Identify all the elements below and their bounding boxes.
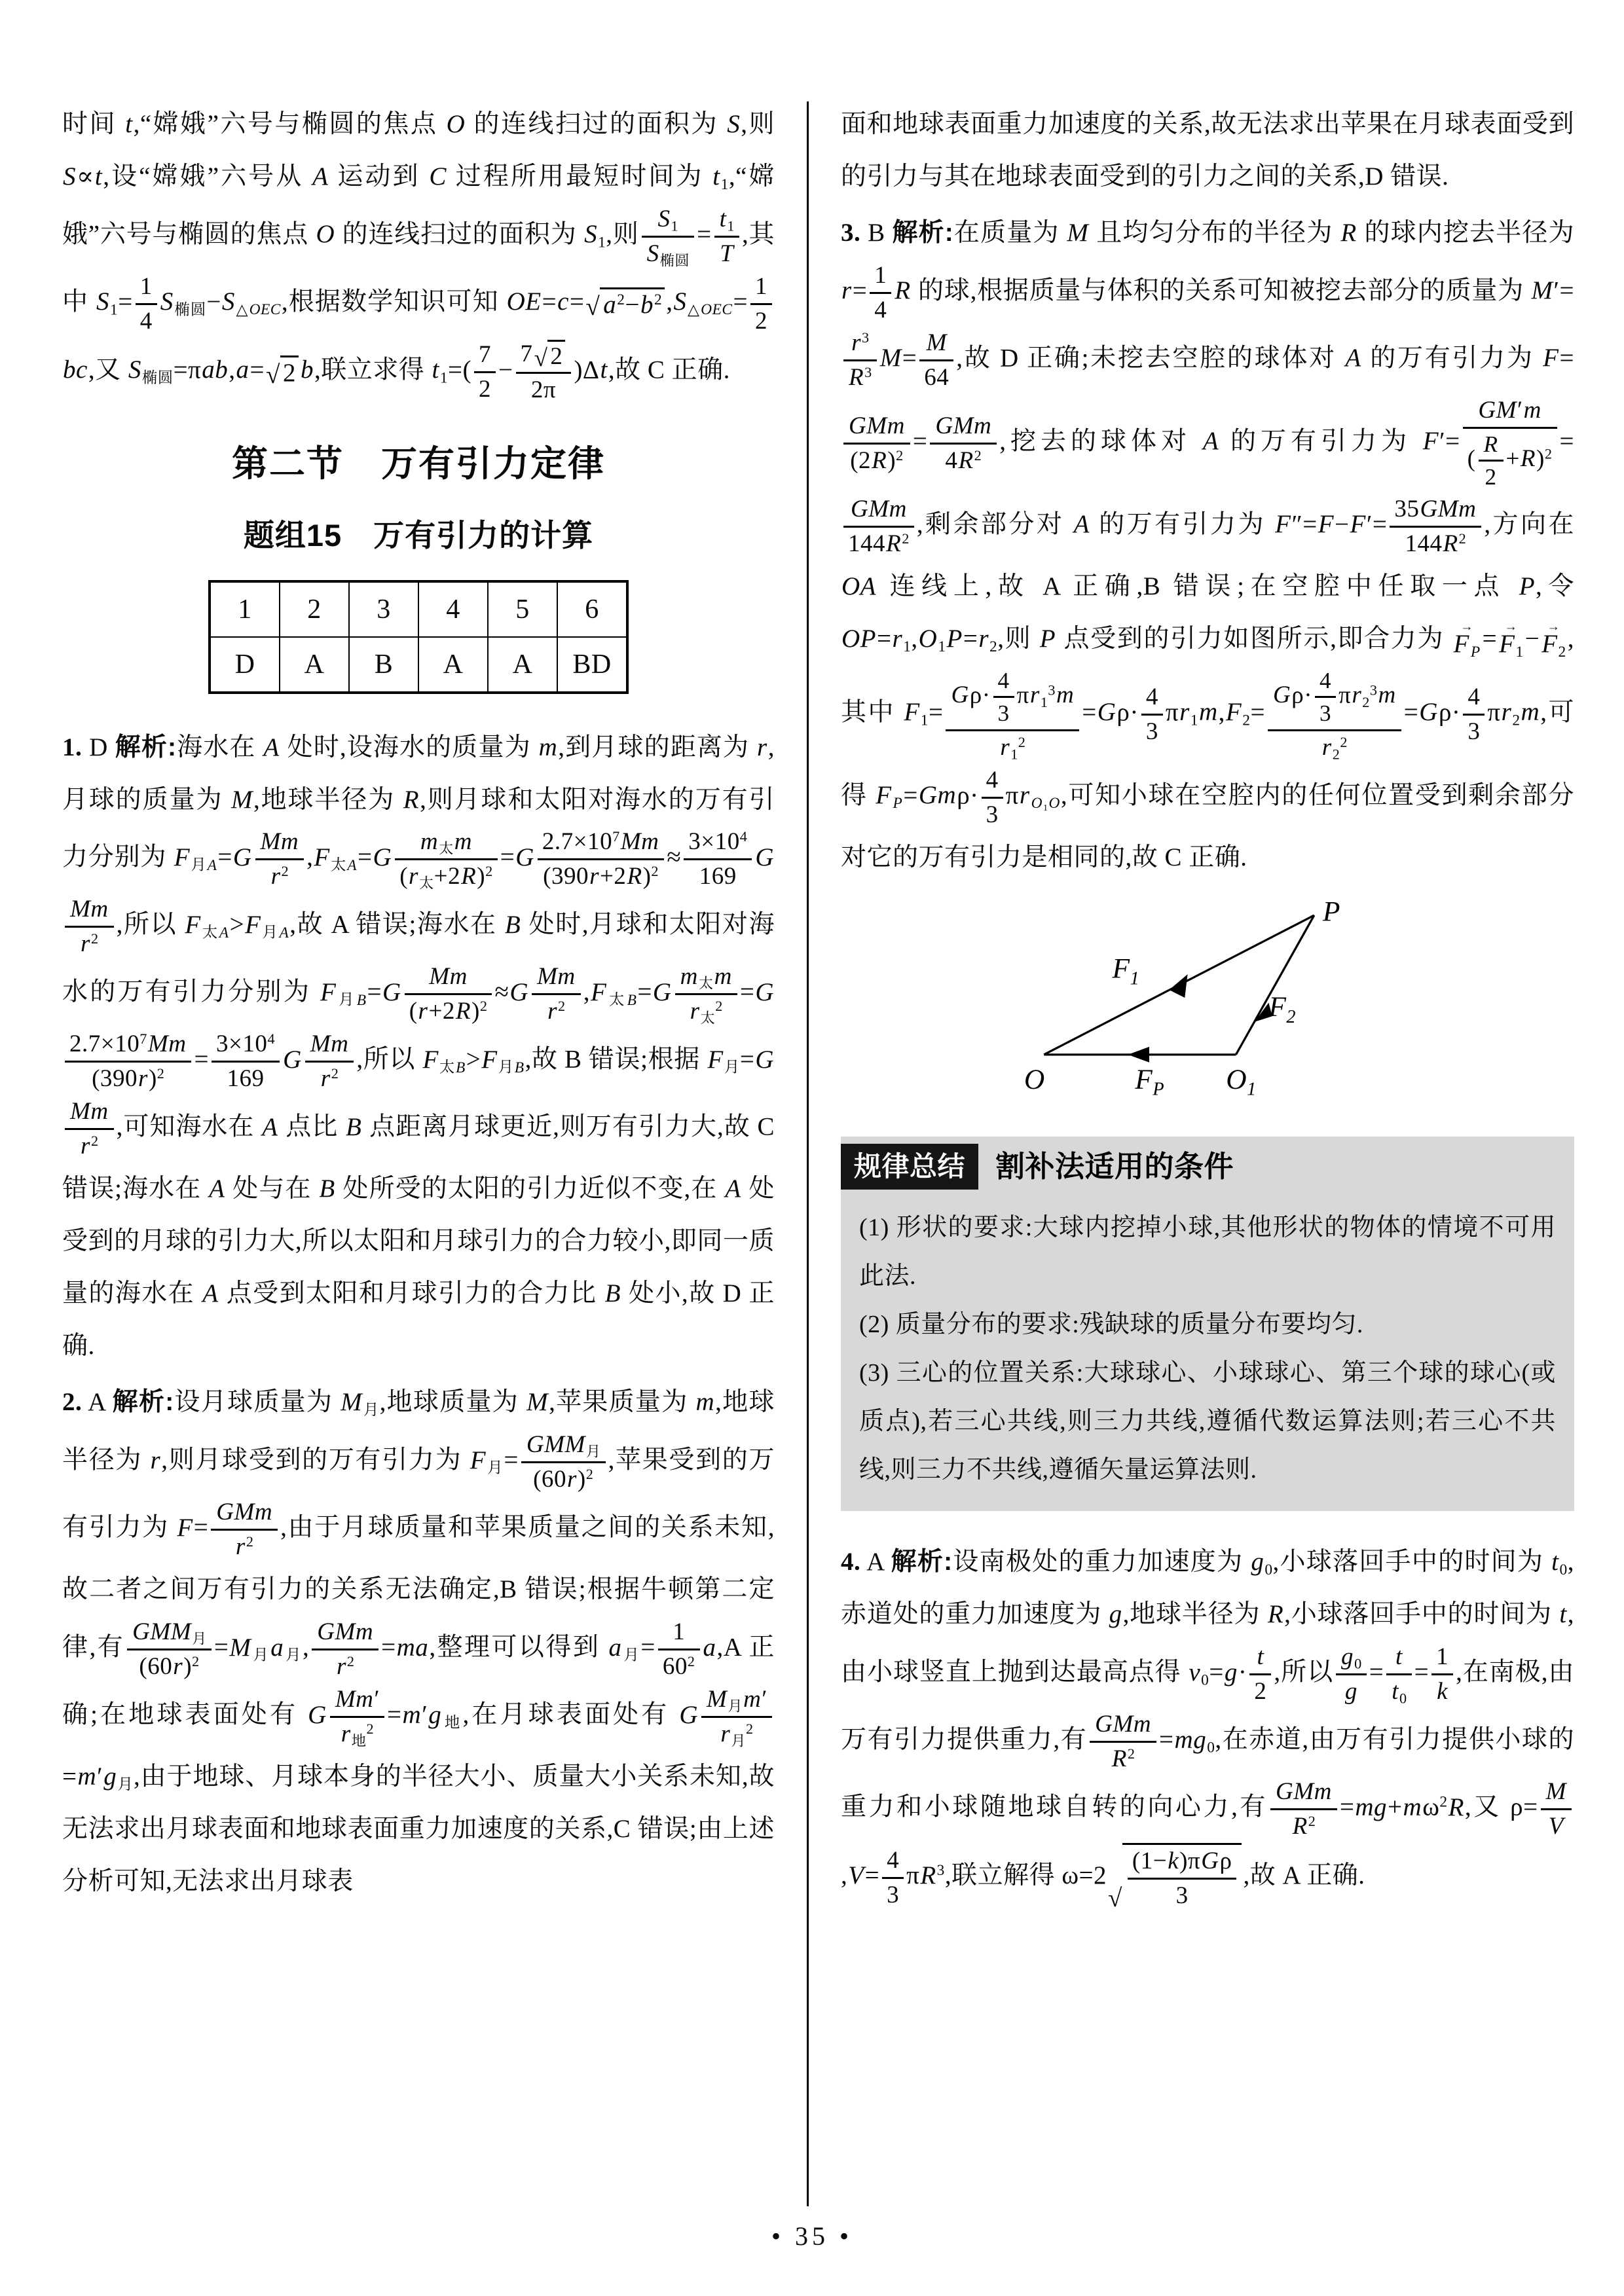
answer-cell: B <box>349 637 418 693</box>
force-diagram: P O O1 F1 F2 FP <box>841 900 1574 1114</box>
page: 时间 t,“嫦娥”六号与椭圆的焦点 O 的连线扫过的面积为 S,则 S∝t,设“… <box>0 0 1624 2296</box>
answer-cell: A <box>488 637 557 693</box>
right-column: 面和地球表面重力加速度的关系,故无法求出苹果在月球表面受到的引力与其在地球表面受… <box>841 98 1574 2246</box>
rule-summary-badge: 规律总结 <box>841 1144 978 1190</box>
rule-item-2: (2) 质量分布的要求:残缺球的质量分布要均匀. <box>859 1300 1556 1349</box>
solution-problem-2: 2. A 解析:设月球质量为 M月,地球质量为 M,苹果质量为 m,地球半径为 … <box>62 1376 775 1908</box>
answer-value-row: DABAABD <box>210 637 627 693</box>
rule-summary-header: 规律总结 割补法适用的条件 <box>841 1137 1556 1197</box>
arrowhead-fp <box>1128 1047 1149 1063</box>
page-number: • 35 • <box>0 2221 1624 2251</box>
solution-problem-1: 1. D 解析:海水在 A 处时,设海水的质量为 m,到月球的距离为 r,月球的… <box>62 721 775 1373</box>
answer-cell: 4 <box>418 581 488 637</box>
column-divider <box>807 101 809 2206</box>
answer-cell: 6 <box>557 581 627 637</box>
diagram-label-f2: F2 <box>1268 991 1296 1027</box>
diagram-label-o: O <box>1024 1064 1045 1095</box>
diagram-label-o1: O1 <box>1226 1064 1257 1096</box>
solution-problem-2-continuation: 面和地球表面重力加速度的关系,故无法求出苹果在月球表面受到的引力与其在地球表面受… <box>841 98 1574 203</box>
answer-cell: 2 <box>280 581 349 637</box>
answer-cell: A <box>280 637 349 693</box>
arrowhead-f1 <box>1169 974 1187 998</box>
answer-cell: 1 <box>210 581 280 637</box>
answer-cell: 3 <box>349 581 418 637</box>
rule-item-3: (3) 三心的位置关系:大球球心、小球球心、第三个球的球心(或质点),若三心共线… <box>859 1349 1556 1494</box>
solution-problem-3: 3. B 解析:在质量为 M 且均匀分布的半径为 R 的球内挖去半径为 r=14… <box>841 207 1574 884</box>
solution-problem-4: 4. A 解析:设南极处的重力加速度为 g0,小球落回手中的时间为 t0,赤道处… <box>841 1536 1574 1912</box>
page-content: 时间 t,“嫦娥”六号与椭圆的焦点 O 的连线扫过的面积为 S,则 S∝t,设“… <box>0 0 1624 2246</box>
answer-cell: D <box>210 637 280 693</box>
diagram-label-f1: F1 <box>1112 953 1140 989</box>
answer-table: 123456 DABAABD <box>208 580 629 694</box>
group-heading: 题组15 万有引力的计算 <box>62 515 775 555</box>
left-column: 时间 t,“嫦娥”六号与椭圆的焦点 O 的连线扫过的面积为 S,则 S∝t,设“… <box>62 98 775 2246</box>
answer-cell: 5 <box>488 581 557 637</box>
diagram-label-fp: FP <box>1134 1064 1164 1096</box>
rule-summary-title: 割补法适用的条件 <box>995 1137 1234 1197</box>
paragraph-intro-continuation: 时间 t,“嫦娥”六号与椭圆的焦点 O 的连线扫过的面积为 S,则 S∝t,设“… <box>62 98 775 407</box>
answer-cell: A <box>418 637 488 693</box>
answer-header-row: 123456 <box>210 581 627 637</box>
diagram-label-p: P <box>1322 900 1340 928</box>
rule-summary-box: 规律总结 割补法适用的条件 (1) 形状的要求:大球内挖掉小球,其他形状的物体的… <box>841 1137 1574 1512</box>
section-heading: 第二节 万有引力定律 <box>62 441 775 488</box>
force-diagram-svg: P O O1 F1 F2 FP <box>959 900 1456 1096</box>
answer-cell: BD <box>557 637 627 693</box>
rule-item-1: (1) 形状的要求:大球内挖掉小球,其他形状的物体的情境不可用此法. <box>859 1203 1556 1300</box>
